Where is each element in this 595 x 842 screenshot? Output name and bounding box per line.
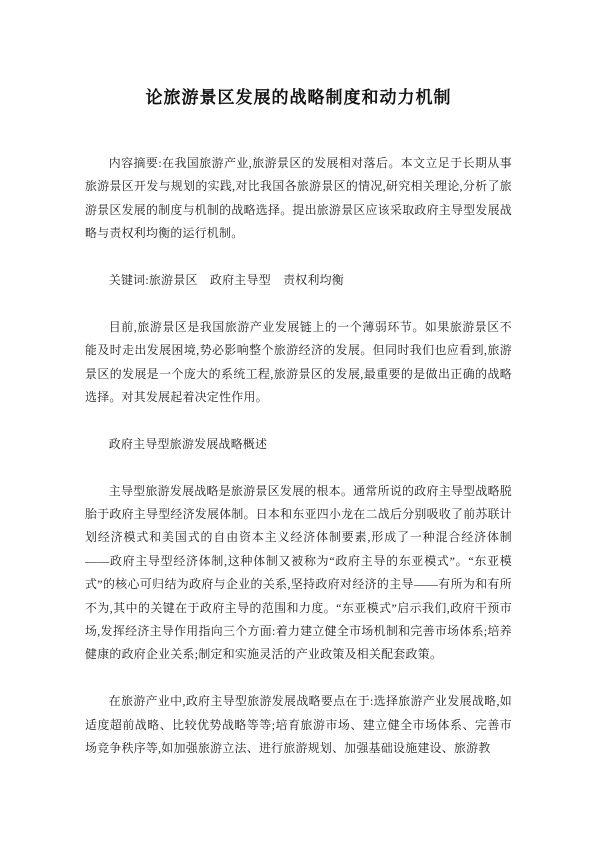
body-paragraph-tourism-industry: 在旅游产业中,政府主导型旅游发展战略要点在于:选择旅游产业发展战略,如适度超前战…: [85, 690, 512, 760]
document-title: 论旅游景区发展的战略制度和动力机制: [85, 88, 512, 108]
body-paragraph-strategy: 主导型旅游发展战略是旅游景区发展的根本。通常所说的政府主导型战略脱胎于政府主导型…: [85, 480, 512, 667]
intro-paragraph: 目前,旅游景区是我国旅游产业发展链上的一个薄弱环节。如果旅游景区不能及时走出发展…: [85, 316, 512, 410]
document-page: 论旅游景区发展的战略制度和动力机制 内容摘要:在我国旅游产业,旅游景区的发展相对…: [0, 0, 595, 842]
section-heading: 政府主导型旅游发展战略概述: [85, 433, 512, 456]
keywords-line: 关键词:旅游景区 政府主导型 责权利均衡: [85, 269, 512, 292]
abstract-paragraph: 内容摘要:在我国旅游产业,旅游景区的发展相对落后。本文立足于长期从事旅游景区开发…: [85, 152, 512, 246]
